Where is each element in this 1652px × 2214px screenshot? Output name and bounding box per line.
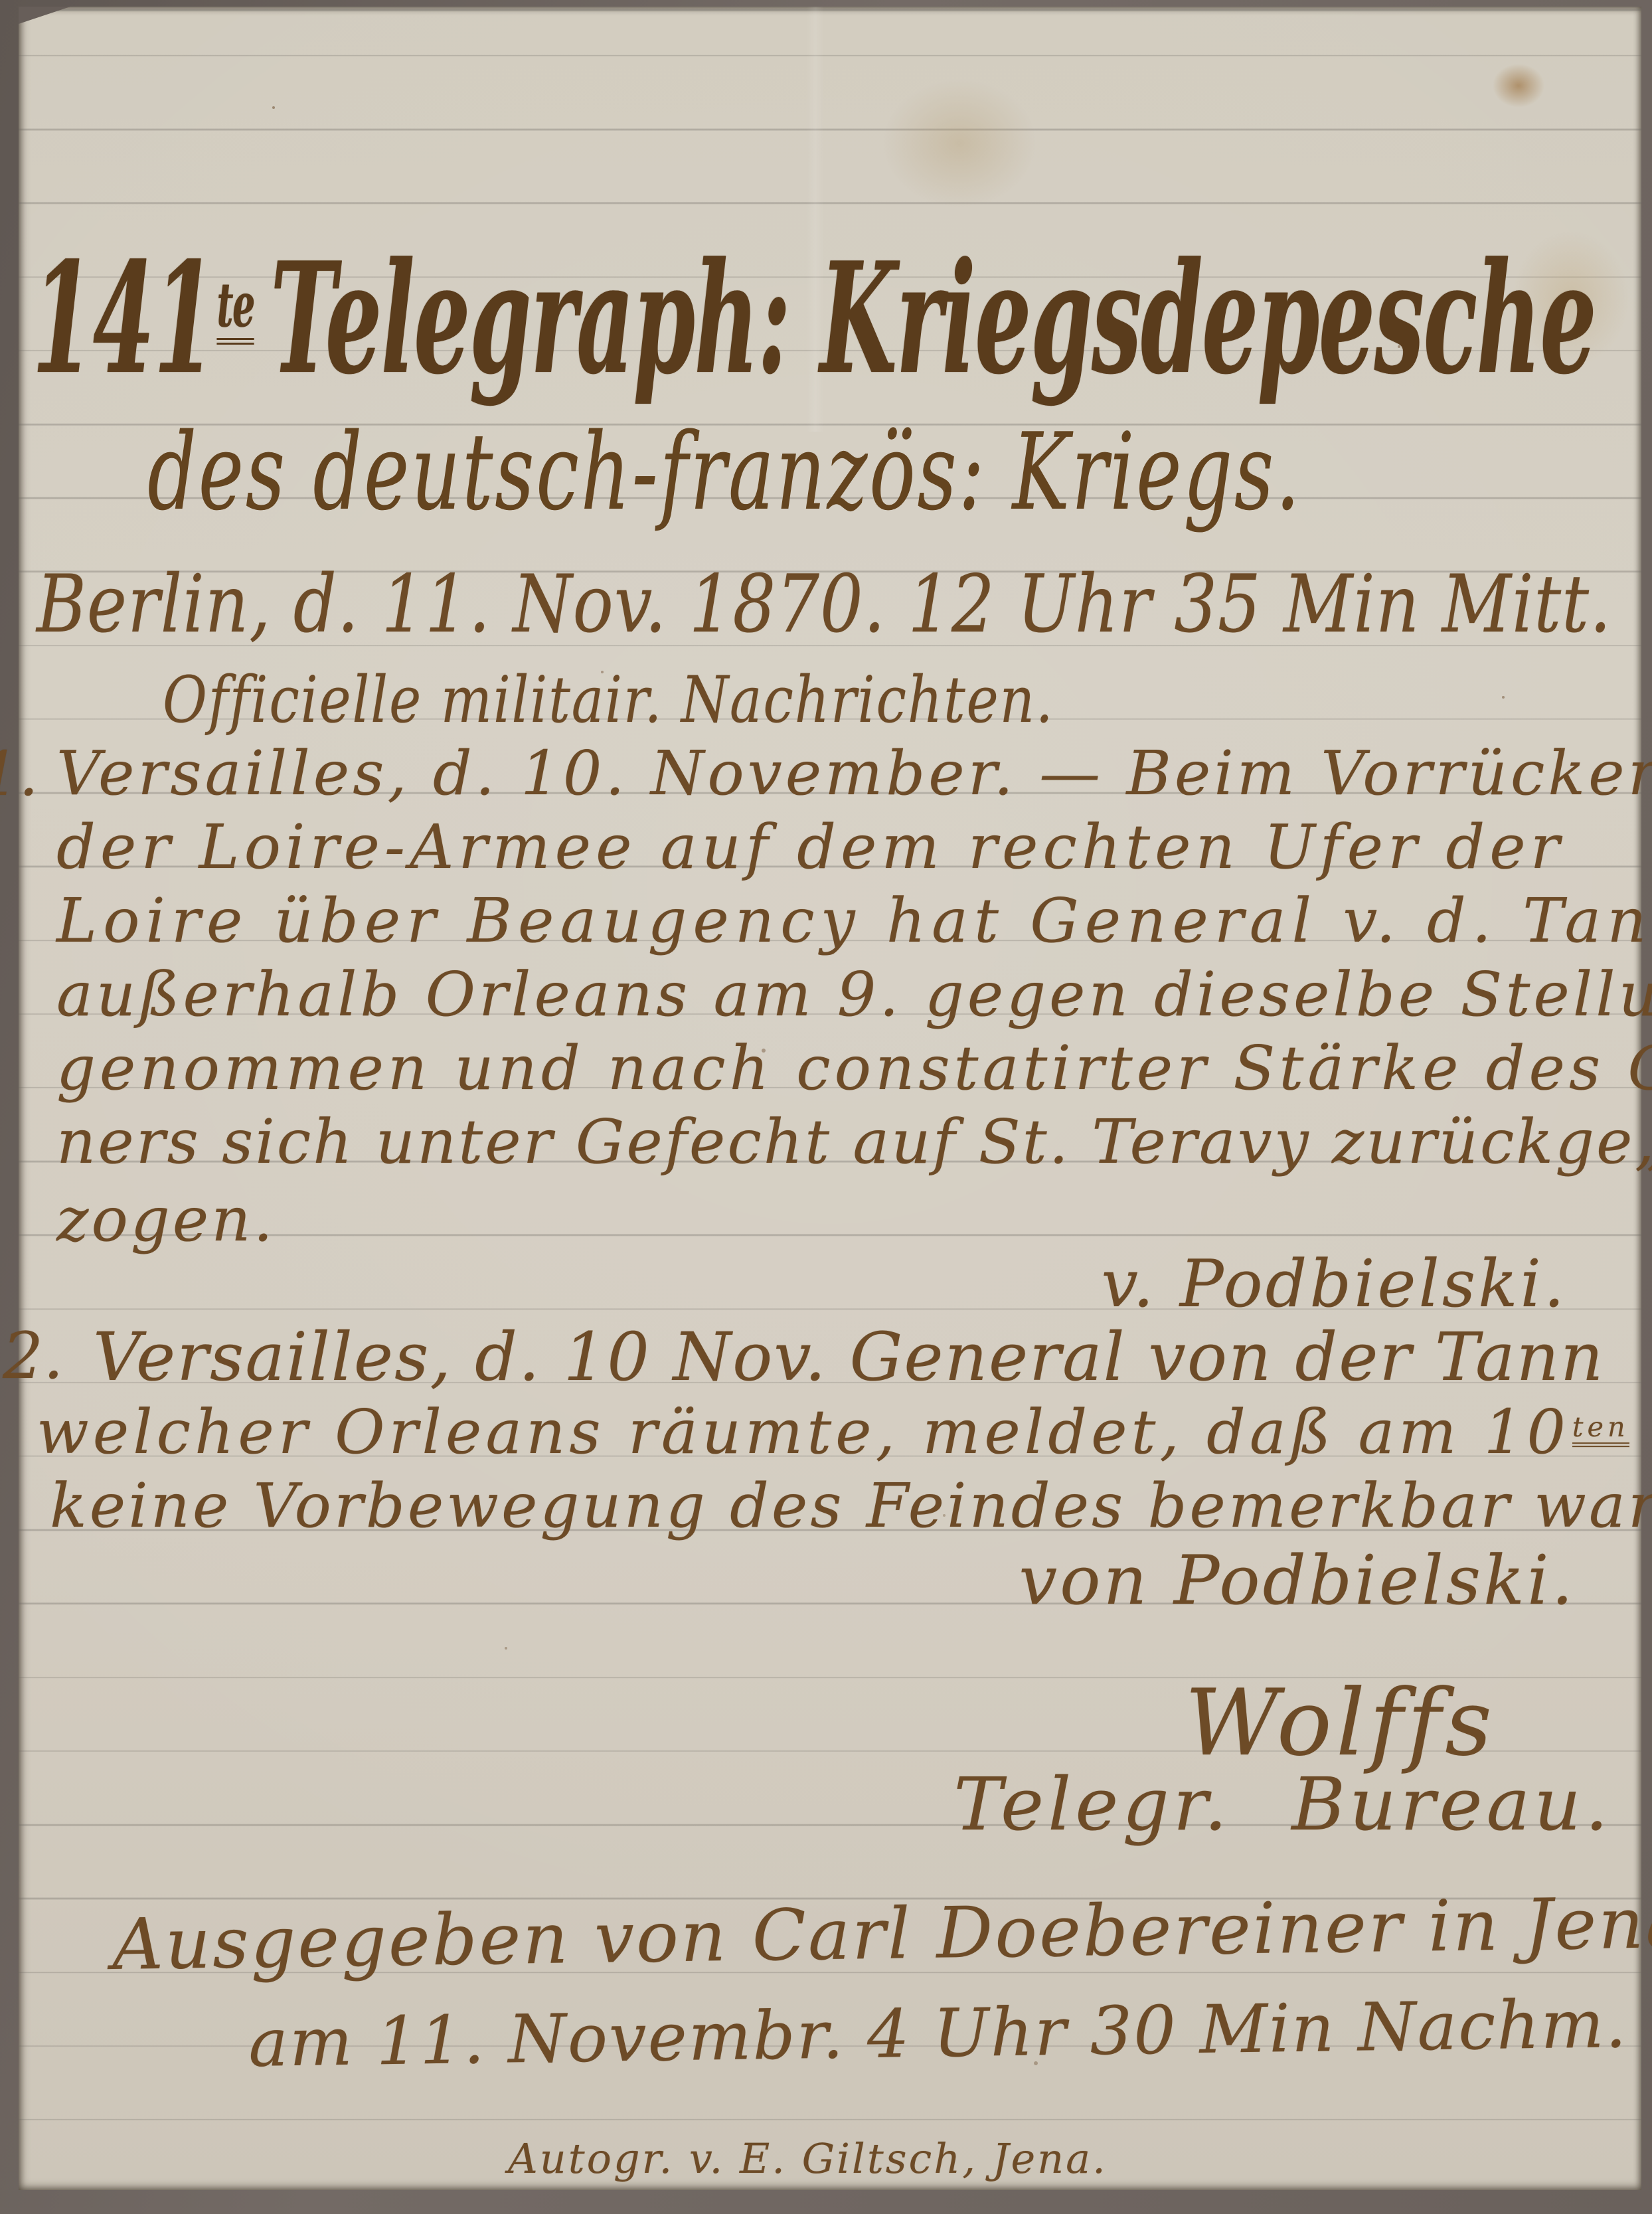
agency-bureau: Telegr. Bureau. (953, 1768, 1612, 1841)
dispatch1-line-2: der Loire-Armee auf dem rechten Ufer der (56, 817, 1564, 878)
issue-note-line-2: am 11. Novembr. 4 Uhr 30 Min Nachm. (248, 1991, 1628, 2077)
dispatch1-line-3: Loire über Beaugency hat General v. d. T… (56, 891, 1652, 952)
dispatch1-line-4: außerhalb Orleans am 9. gegen dieselbe S… (56, 964, 1652, 1025)
dispatch2-signature: von Podbielski. (1019, 1547, 1576, 1615)
dispatch2-line-2-text: welcher Orleans räumte, meldet, daß am 1… (37, 1397, 1570, 1468)
manuscript-scan: 141teTelegraph: Kriegsdepesche des deuts… (0, 0, 1652, 2214)
title-line-1: 141teTelegraph: Kriegsdepesche (32, 242, 1596, 395)
dispatch1-line-7: zogen. (56, 1189, 276, 1250)
dispatch2-line-1: Versailles, d. 10 Nov. General von der T… (93, 1324, 1604, 1391)
agency-name: Wolffs (1185, 1677, 1496, 1769)
margin-marker-1: 1. (0, 744, 39, 805)
printer-imprint: Autogr. v. E. Giltsch, Jena. (508, 2138, 1108, 2179)
handwriting-layer: 141teTelegraph: Kriegsdepesche des deuts… (0, 0, 1652, 2214)
dispatch2-line-2: welcher Orleans räumte, meldet, daß am 1… (37, 1402, 1629, 1464)
dispatch1-line-6: ners sich unter Gefecht auf St. Teravy z… (56, 1112, 1652, 1173)
title-text: Telegraph: Kriegsdepesche (270, 229, 1596, 408)
title-number: 141 (32, 229, 214, 408)
dateline: Berlin, d. 11. Nov. 1870. 12 Uhr 35 Min … (37, 565, 1611, 645)
subheading: Officielle militair. Nachrichten. (163, 668, 1054, 732)
dispatch1-line-1: Versailles, d. 10. November. — Beim Vorr… (56, 743, 1652, 804)
dispatch1-line-5: genommen und nach constatirter Stärke de… (56, 1038, 1652, 1099)
title-ordinal-suffix: te (216, 274, 254, 345)
dispatch2-line-2-superscript: ten (1572, 1414, 1629, 1447)
margin-marker-2: 2. (3, 1324, 64, 1388)
issue-note-line-1: Ausgegeben von Carl Doebereiner in Jena (112, 1888, 1652, 1980)
dispatch1-signature: v. Podbielski. (1102, 1252, 1567, 1317)
dispatch2-line-3: keine Vorbewegung des Feindes bemerkbar … (50, 1476, 1652, 1537)
title-line-2: des deutsch-französ: Kriegs. (147, 419, 1301, 525)
